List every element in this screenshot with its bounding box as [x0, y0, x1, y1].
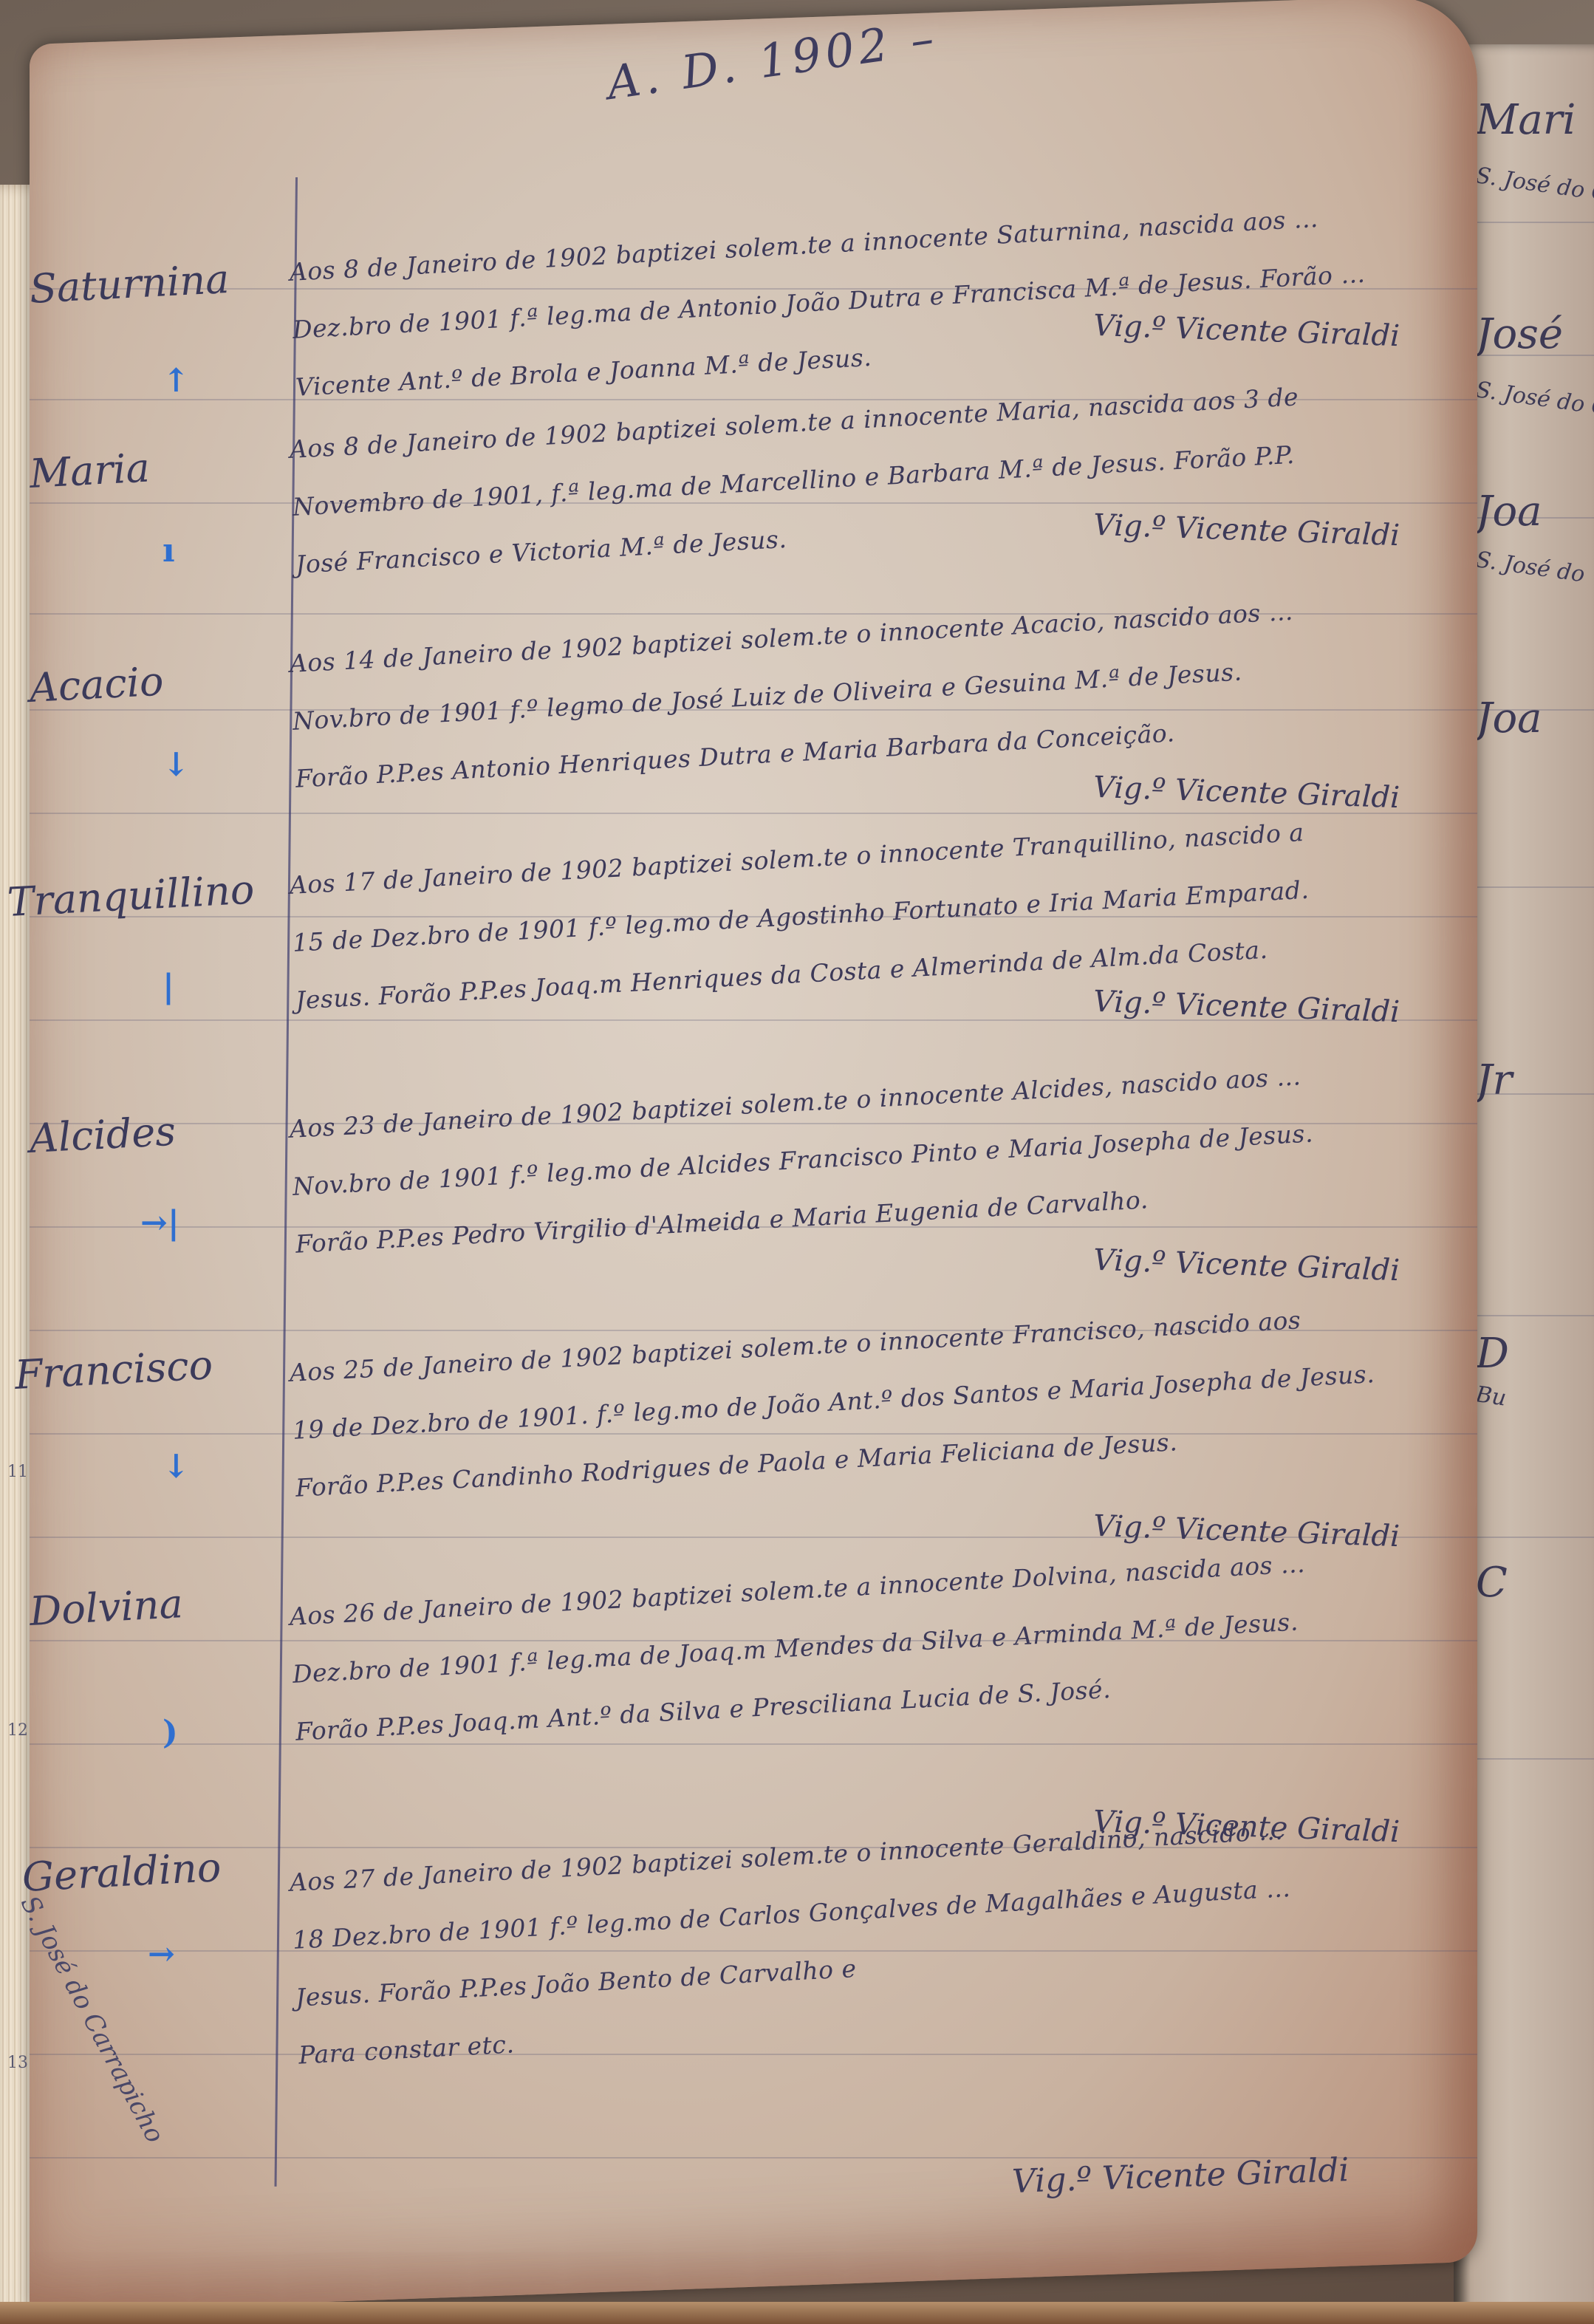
adjacent-name-6: D: [1476, 1330, 1509, 1378]
child-name: Dolvina: [28, 1580, 184, 1635]
blue-tally-mark: ↑: [163, 362, 190, 400]
blue-tally-mark: →: [148, 1935, 175, 1973]
adjacent-name-2: José: [1476, 310, 1563, 358]
child-name: Alcides: [28, 1108, 177, 1162]
blue-tally-mark: ↓: [163, 746, 190, 784]
blue-tally-mark: ı: [163, 532, 175, 570]
blue-tally-mark: ↓: [163, 1448, 190, 1486]
adjacent-place-1: S. José do Carr: [1474, 163, 1594, 211]
adjacent-name-7: C: [1476, 1559, 1508, 1607]
blue-tally-mark: ): [163, 1714, 178, 1751]
adjacent-name-3: Joa: [1476, 488, 1542, 536]
entry-number: 13: [7, 2054, 28, 2072]
entry-number: 12: [7, 1721, 28, 1740]
adjacent-place-6: Bu: [1474, 1381, 1508, 1411]
adjacent-name-1: Mari: [1476, 96, 1576, 144]
blue-tally-mark: →|: [140, 1204, 179, 1242]
book-bottom-edge: [0, 2302, 1594, 2324]
adjacent-place-2: S. José do Ca: [1474, 377, 1594, 423]
adjacent-name-5: Jr: [1476, 1056, 1512, 1104]
blue-tally-mark: |: [163, 968, 174, 1005]
child-name: Maria: [28, 445, 151, 497]
entry-number: 11: [7, 1463, 28, 1481]
child-name: Acacio: [28, 658, 165, 711]
adjacent-name-4: Joa: [1476, 694, 1542, 742]
adjacent-place-3: S. José do: [1474, 547, 1587, 587]
